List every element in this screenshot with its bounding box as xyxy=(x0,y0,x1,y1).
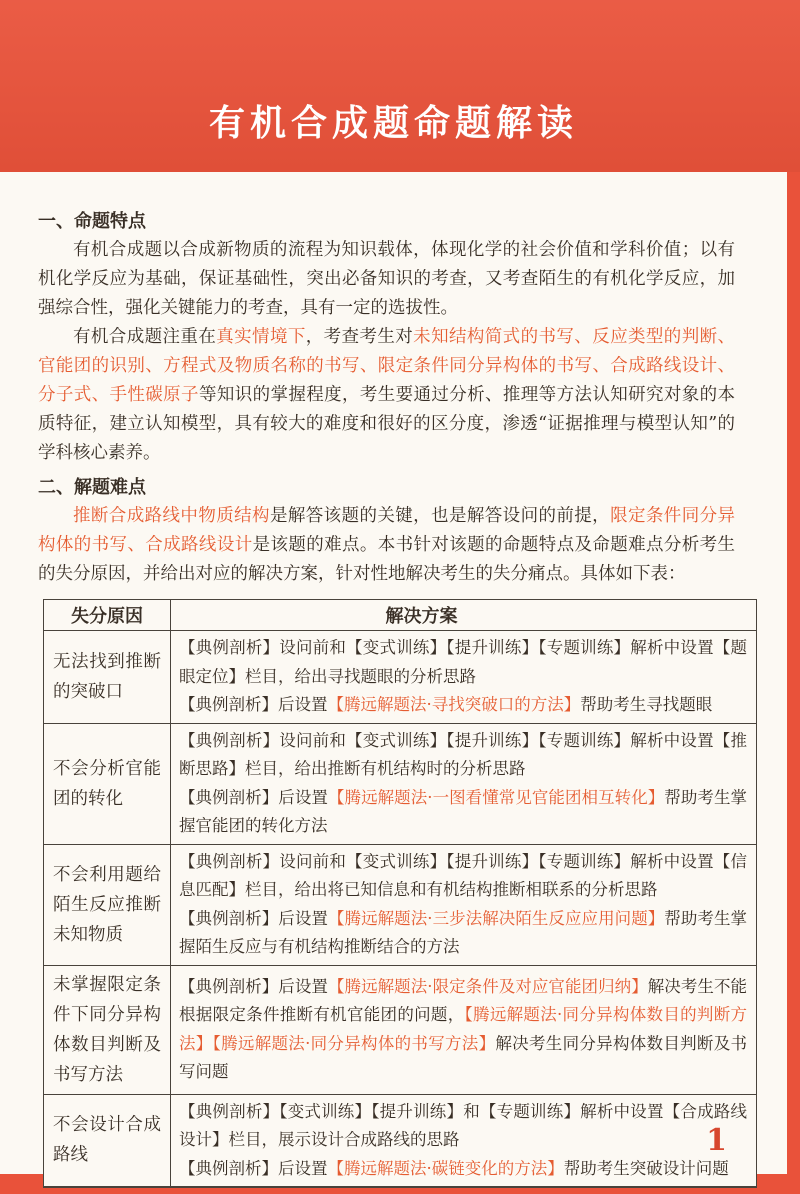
reason-cell: 不会设计合成路线 xyxy=(44,1094,171,1187)
paragraph: 推断合成路线中物质结构是解答该题的关键，也是解答设问的前提，限定条件同分异构体的… xyxy=(38,502,735,589)
highlighted-text: 【腾远解题法·碳链变化的方法】 xyxy=(328,1159,564,1178)
reason-cell: 无法找到推断的突破口 xyxy=(44,631,171,724)
body-text: 是解答该题的关键，也是解答设问的前提， xyxy=(270,506,610,526)
section-heading: 一、命题特点 xyxy=(38,208,735,236)
body-text: 【典例剖析】后设置 xyxy=(179,788,328,807)
body-text: 【典例剖析】后设置 xyxy=(179,977,328,996)
highlighted-text: 推断合成路线中物质结构 xyxy=(73,506,270,526)
table-row: 无法找到推断的突破口【典例剖析】设问前和【变式训练】【提升训练】【专题训练】解析… xyxy=(44,631,757,724)
solution-cell: 【典例剖析】设问前和【变式训练】【提升训练】【专题训练】解析中设置【推断思路】栏… xyxy=(171,723,757,844)
body-text: 【典例剖析】后设置 xyxy=(179,695,328,714)
solution-paragraph: 【典例剖析】设问前和【变式训练】【提升训练】【专题训练】解析中设置【信息匹配】栏… xyxy=(179,848,747,905)
reason-cell: 不会分析官能团的转化 xyxy=(44,723,171,844)
body-text: 【典例剖析】后设置 xyxy=(179,1159,328,1178)
highlighted-text: 【腾远解题法·三步法解决陌生反应应用问题】 xyxy=(328,909,664,928)
body-text: 【典例剖析】后设置 xyxy=(179,909,328,928)
table-head: 失分原因 解决方案 xyxy=(44,600,757,631)
body-text: 【典例剖析】设问前和【变式训练】【提升训练】【专题训练】解析中设置【推断思路】栏… xyxy=(179,731,747,779)
paragraph: 有机合成题以合成新物质的流程为知识载体，体现化学的社会价值和学科价值；以有机化学… xyxy=(38,236,735,323)
highlighted-text: 真实情境下 xyxy=(216,327,306,347)
body-text: 有机合成题以合成新物质的流程为知识载体，体现化学的社会价值和学科价值；以有机化学… xyxy=(38,240,735,318)
loss-analysis-table: 失分原因 解决方案 无法找到推断的突破口【典例剖析】设问前和【变式训练】【提升训… xyxy=(43,599,757,1188)
solution-paragraph: 【典例剖析】后设置【腾远解题法·一图看懂常见官能团相互转化】帮助考生掌握官能团的… xyxy=(179,784,747,841)
body-text: 【典例剖析】设问前和【变式训练】【提升训练】【专题训练】解析中设置【题眼定位】栏… xyxy=(179,638,747,686)
table-row: 不会利用题给陌生反应推断未知物质【典例剖析】设问前和【变式训练】【提升训练】【专… xyxy=(44,844,757,965)
body-text: 【典例剖析】【变式训练】【提升训练】和【专题训练】解析中设置【合成路线设计】栏目… xyxy=(179,1102,747,1150)
body-text: 帮助考生突破设计问题 xyxy=(564,1159,729,1178)
solution-paragraph: 【典例剖析】设问前和【变式训练】【提升训练】【专题训练】解析中设置【题眼定位】栏… xyxy=(179,634,747,691)
table-header-reason: 失分原因 xyxy=(44,600,171,631)
solution-cell: 【典例剖析】设问前和【变式训练】【提升训练】【专题训练】解析中设置【题眼定位】栏… xyxy=(171,631,757,724)
reason-cell: 未掌握限定条件下同分异构体数目判断及书写方法 xyxy=(44,965,171,1094)
highlighted-text: 【腾远解题法·限定条件及对应官能团归纳】 xyxy=(328,977,648,996)
solution-paragraph: 【典例剖析】设问前和【变式训练】【提升训练】【专题训练】解析中设置【推断思路】栏… xyxy=(179,727,747,784)
section-heading: 二、解题难点 xyxy=(38,474,735,502)
page-title: 有机合成题命题解读 xyxy=(209,95,578,146)
content-area: 一、命题特点有机合成题以合成新物质的流程为知识载体，体现化学的社会价值和学科价值… xyxy=(38,208,735,589)
table-row: 不会设计合成路线【典例剖析】【变式训练】【提升训练】和【专题训练】解析中设置【合… xyxy=(44,1094,757,1187)
solution-cell: 【典例剖析】后设置【腾远解题法·限定条件及对应官能团归纳】解决考生不能根据限定条… xyxy=(171,965,757,1094)
solution-paragraph: 【典例剖析】后设置【腾远解题法·限定条件及对应官能团归纳】解决考生不能根据限定条… xyxy=(179,973,747,1087)
solution-paragraph: 【典例剖析】后设置【腾远解题法·三步法解决陌生反应应用问题】帮助考生掌握陌生反应… xyxy=(179,905,747,962)
content-sheet: 一、命题特点有机合成题以合成新物质的流程为知识载体，体现化学的社会价值和学科价值… xyxy=(0,172,787,1174)
solution-cell: 【典例剖析】【变式训练】【提升训练】和【专题训练】解析中设置【合成路线设计】栏目… xyxy=(171,1094,757,1187)
body-text: ，考查考生对 xyxy=(306,327,413,347)
table-body: 无法找到推断的突破口【典例剖析】设问前和【变式训练】【提升训练】【专题训练】解析… xyxy=(44,631,757,1188)
solution-paragraph: 【典例剖析】后设置【腾远解题法·寻找突破口的方法】帮助考生寻找题眼 xyxy=(179,691,747,720)
highlighted-text: 【腾远解题法·一图看懂常见官能团相互转化】 xyxy=(328,788,664,807)
reason-cell: 不会利用题给陌生反应推断未知物质 xyxy=(44,844,171,965)
table-header-solution: 解决方案 xyxy=(171,600,757,631)
table-header-row: 失分原因 解决方案 xyxy=(44,600,757,631)
paragraph: 有机合成题注重在真实情境下，考查考生对未知结构简式的书写、反应类型的判断、官能团… xyxy=(38,323,735,468)
solution-paragraph: 【典例剖析】【变式训练】【提升训练】和【专题训练】解析中设置【合成路线设计】栏目… xyxy=(179,1098,747,1155)
page-number: 1 xyxy=(706,1123,727,1158)
book-page: 有机合成题命题解读 一、命题特点有机合成题以合成新物质的流程为知识载体，体现化学… xyxy=(0,0,800,1194)
table-row: 未掌握限定条件下同分异构体数目判断及书写方法【典例剖析】后设置【腾远解题法·限定… xyxy=(44,965,757,1094)
solution-paragraph: 【典例剖析】后设置【腾远解题法·碳链变化的方法】帮助考生突破设计问题 xyxy=(179,1155,747,1184)
solution-cell: 【典例剖析】设问前和【变式训练】【提升训练】【专题训练】解析中设置【信息匹配】栏… xyxy=(171,844,757,965)
body-text: 有机合成题注重在 xyxy=(73,327,216,347)
highlighted-text: 【腾远解题法·寻找突破口的方法】 xyxy=(328,695,581,714)
title-band: 有机合成题命题解读 xyxy=(0,0,787,172)
table-row: 不会分析官能团的转化【典例剖析】设问前和【变式训练】【提升训练】【专题训练】解析… xyxy=(44,723,757,844)
body-text: 【典例剖析】设问前和【变式训练】【提升训练】【专题训练】解析中设置【信息匹配】栏… xyxy=(179,852,747,900)
body-text: 帮助考生寻找题眼 xyxy=(580,695,712,714)
